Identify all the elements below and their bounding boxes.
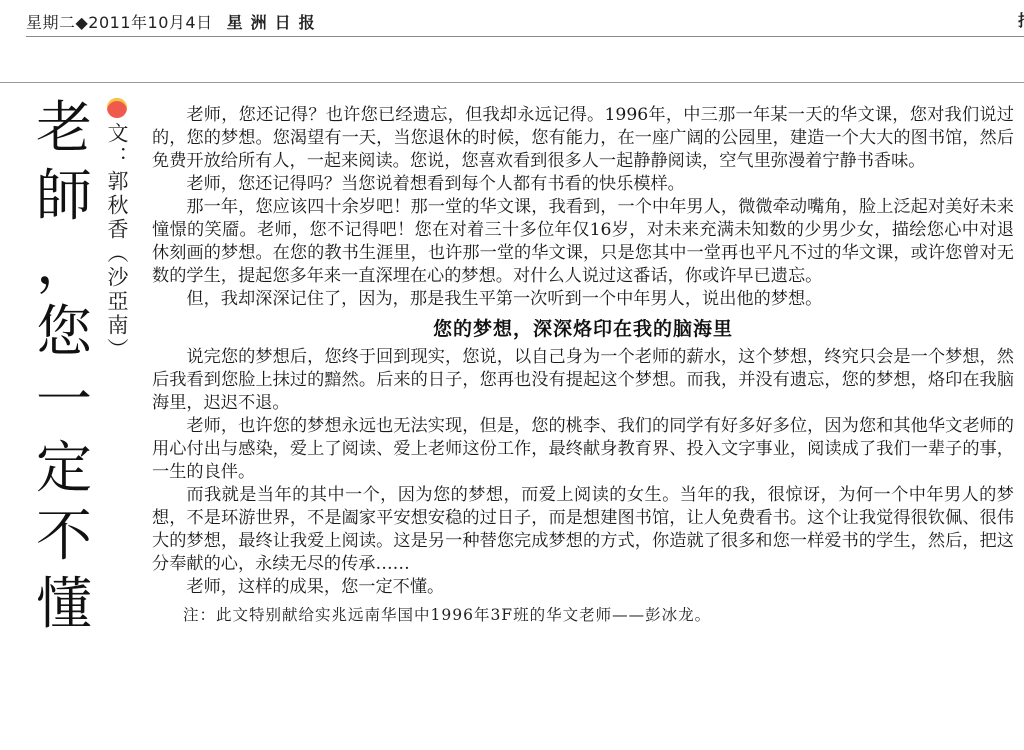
byline: 文：郭秋香（沙亞南） bbox=[102, 98, 132, 362]
red-dot-icon bbox=[107, 98, 127, 118]
clipped-header-char: 报 bbox=[1018, 8, 1024, 30]
dedication-note: 注：此文特别献给实兆远南华国中1996年3F班的华文老师——彭冰龙。 bbox=[152, 604, 1014, 627]
title-char: 定 bbox=[36, 436, 92, 504]
title-char: ， bbox=[36, 232, 92, 300]
header-divider bbox=[26, 36, 1024, 37]
title-char: 老 bbox=[36, 96, 92, 164]
article-title: 老 師 ， 您 一 定 不 懂 bbox=[30, 96, 98, 640]
paragraph: 说完您的梦想后，您终于回到现实，您说，以自己身为一个老师的薪水，这个梦想，终究只… bbox=[152, 346, 1014, 415]
title-char: 不 bbox=[36, 504, 92, 572]
author-byline: 文：郭秋香（沙亞南） bbox=[103, 122, 131, 362]
title-char: 懂 bbox=[36, 572, 92, 640]
issue-date: 星期二◆2011年10月4日 bbox=[26, 10, 213, 33]
subheading: 您的梦想，深深烙印在我的脑海里 bbox=[152, 314, 1014, 344]
section-divider bbox=[0, 82, 1024, 83]
paragraph: 老师，您还记得？也许您已经遗忘，但我却永远记得。1996年，中三那一年某一天的华… bbox=[152, 104, 1014, 173]
paragraph: 那一年，您应该四十余岁吧！那一堂的华文课，我看到，一个中年男人，微微牵动嘴角，脸… bbox=[152, 196, 1014, 288]
paragraph: 而我就是当年的其中一个，因为您的梦想，而爱上阅读的女生。当年的我，很惊讶，为何一… bbox=[152, 484, 1014, 576]
title-char: 您 bbox=[36, 300, 92, 368]
paragraph: 老师，这样的成果，您一定不懂。 bbox=[152, 576, 1014, 599]
page-header: 星期二◆2011年10月4日 星洲日报 bbox=[26, 6, 323, 36]
newspaper-masthead: 星洲日报 bbox=[227, 10, 323, 33]
paragraph: 老师，您还记得吗？当您说着想看到每个人都有书看的快乐模样。 bbox=[152, 173, 1014, 196]
paragraph: 老师，也许您的梦想永远也无法实现，但是，您的桃李、我们的同学有好多好多位，因为您… bbox=[152, 415, 1014, 484]
title-char: 師 bbox=[36, 164, 92, 232]
title-char: 一 bbox=[36, 368, 92, 436]
article-body: 老师，您还记得？也许您已经遗忘，但我却永远记得。1996年，中三那一年某一天的华… bbox=[152, 104, 1014, 627]
paragraph: 但，我却深深记住了，因为，那是我生平第一次听到一个中年男人，说出他的梦想。 bbox=[152, 288, 1014, 311]
